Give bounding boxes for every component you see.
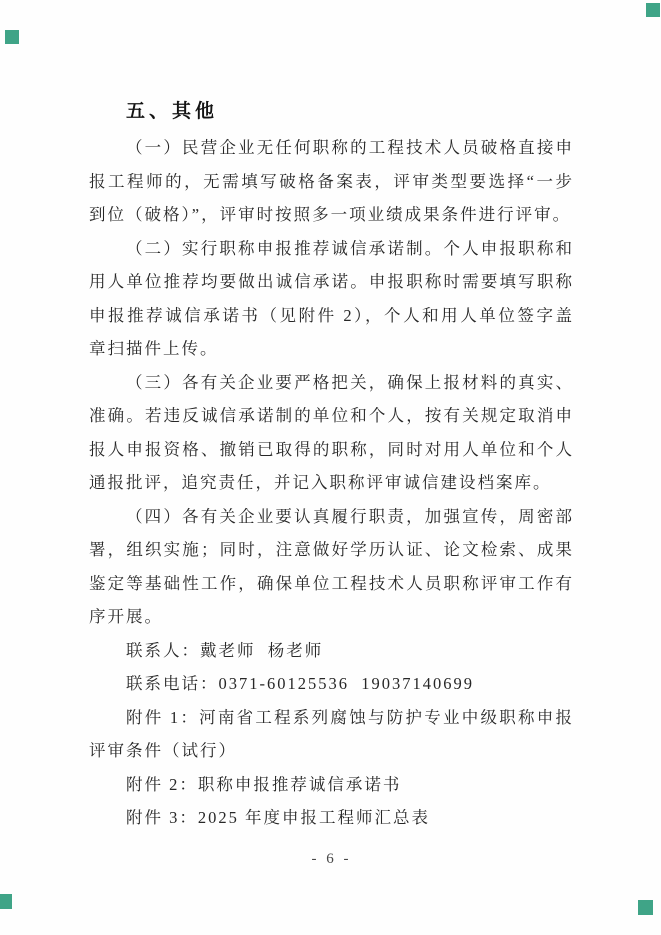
paragraph-1: （一）民营企业无任何职称的工程技术人员破格直接申报工程师的，无需填写破格备案表，… <box>89 131 574 232</box>
attachment-line-3: 附件 3：2025 年度申报工程师汇总表 <box>89 801 574 835</box>
attachment-line-1: 附件 1：河南省工程系列腐蚀与防护专业中级职称申报评审条件（试行） <box>89 701 574 768</box>
document-page: 五、其他 （一）民营企业无任何职称的工程技术人员破格直接申报工程师的，无需填写破… <box>0 0 661 935</box>
corner-mark-bottom-right <box>638 900 653 915</box>
contact-phone-line: 联系电话：0371-60125536 19037140699 <box>89 667 574 701</box>
corner-mark-bottom-left <box>0 894 12 909</box>
document-content: 五、其他 （一）民营企业无任何职称的工程技术人员破格直接申报工程师的，无需填写破… <box>89 95 574 868</box>
attachment-line-2: 附件 2：职称申报推荐诚信承诺书 <box>89 768 574 802</box>
page-number: - 6 - <box>89 851 574 868</box>
corner-mark-top-right <box>646 3 660 17</box>
paragraph-4: （四）各有关企业要认真履行职责，加强宣传，周密部署，组织实施；同时，注意做好学历… <box>89 500 574 634</box>
corner-mark-top-left <box>5 30 19 44</box>
paragraph-3: （三）各有关企业要严格把关，确保上报材料的真实、准确。若违反诚信承诺制的单位和个… <box>89 366 574 500</box>
section-heading: 五、其他 <box>89 95 574 129</box>
paragraph-2: （二）实行职称申报推荐诚信承诺制。个人申报职称和用人单位推荐均要做出诚信承诺。申… <box>89 232 574 366</box>
contact-person-line: 联系人：戴老师 杨老师 <box>89 634 574 668</box>
